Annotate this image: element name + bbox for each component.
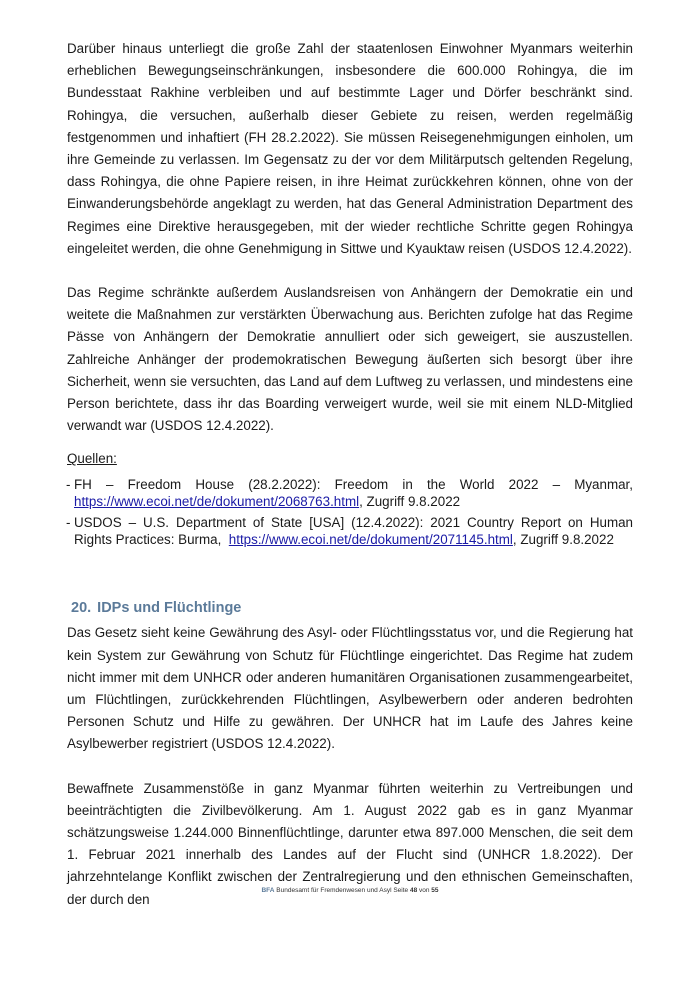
list-dash: - xyxy=(66,477,70,494)
source-item: - FH – Freedom House (28.2.2022): Freedo… xyxy=(67,477,633,510)
sources-label: Quellen: xyxy=(67,449,633,469)
source-access-date: , Zugriff 9.8.2022 xyxy=(359,494,460,509)
source-link[interactable]: https://www.ecoi.net/de/dokument/2068763… xyxy=(74,494,359,509)
footer-page-total: 55 xyxy=(431,887,438,894)
footer-of: von xyxy=(417,887,431,894)
page-footer: BFA Bundesamt für Fremdenwesen und Asyl … xyxy=(0,887,700,894)
footer-brand: BFA xyxy=(261,887,274,894)
paragraph-rohingya-movement: Darüber hinaus unterliegt die große Zahl… xyxy=(67,38,633,260)
source-access-date: , Zugriff 9.8.2022 xyxy=(513,532,614,547)
source-text: FH – Freedom House (28.2.2022): Freedom … xyxy=(74,477,633,492)
source-link[interactable]: https://www.ecoi.net/de/dokument/2071145… xyxy=(229,532,513,547)
document-page: Darüber hinaus unterliegt die große Zahl… xyxy=(67,38,633,911)
section-heading: 20.IDPs und Flüchtlinge xyxy=(71,600,633,616)
paragraph-foreign-travel: Das Regime schränkte außerdem Auslandsre… xyxy=(67,282,633,437)
list-dash: - xyxy=(66,515,70,532)
footer-text: Bundesamt für Fremdenwesen und Asyl Seit… xyxy=(274,887,410,894)
sources-list: - FH – Freedom House (28.2.2022): Freedo… xyxy=(67,477,633,548)
source-item: - USDOS – U.S. Department of State [USA]… xyxy=(67,515,633,548)
section-number: 20. xyxy=(71,600,91,616)
section-title: IDPs und Flüchtlinge xyxy=(97,600,241,616)
paragraph-asylum-law: Das Gesetz sieht keine Gewährung des Asy… xyxy=(67,622,633,755)
